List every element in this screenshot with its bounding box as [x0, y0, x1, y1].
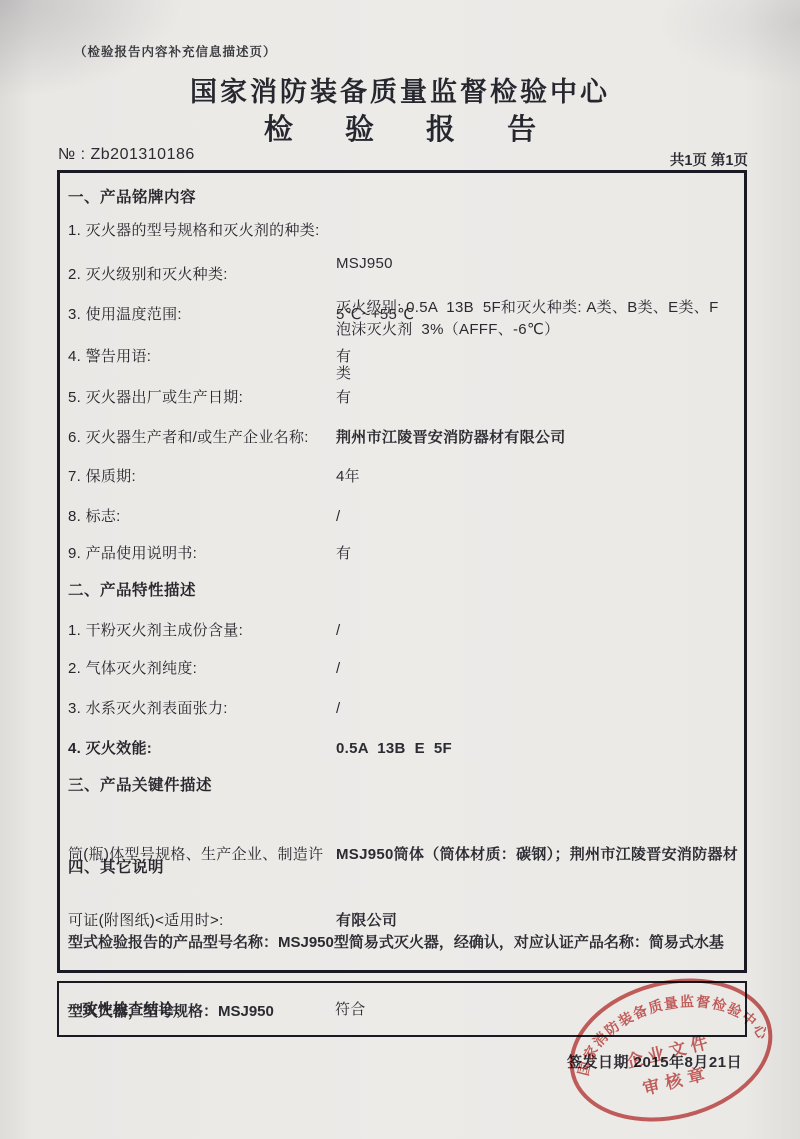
value-line: MSJ950筒体（筒体材质：碳钢）；荆州市江陵晋安消防器材 [336, 844, 744, 866]
field-value: 5℃~+55℃ [336, 304, 744, 326]
field-value: / [336, 698, 744, 720]
section-3-heading: 三、产品关键件描述 [68, 773, 212, 795]
report-number: № : Zb201310186 [58, 146, 195, 164]
center-name-title: 国家消防装备质量监督检验中心 [0, 70, 800, 109]
field-value: / [336, 620, 744, 642]
page-count-info: 共1页 第1页 [670, 149, 748, 170]
section-4-heading: 四、其它说明 [68, 855, 164, 877]
field-label: 9. 产品使用说明书: [68, 543, 197, 565]
field-label: 3. 水系灭火剂表面张力: [68, 698, 228, 720]
field-label: 3. 使用温度范围: [68, 304, 182, 326]
issue-date: 签发日期 2015年8月21日 [567, 1051, 742, 1072]
section-2-heading: 二、产品特性描述 [68, 578, 196, 600]
field-label: 6. 灭火器生产者和/或生产企业名称: [68, 427, 309, 449]
field-label: 4. 警告用语: [68, 346, 151, 368]
field-label: 2. 灭火级别和灭火种类: [68, 264, 228, 286]
conclusion-label: 一致性检查结论: [67, 999, 179, 1021]
field-label: 4. 灭火效能: [68, 738, 152, 760]
conclusion-value: 符合 [335, 999, 743, 1021]
field-value: 荆州市江陵晋安消防器材有限公司 [336, 427, 744, 449]
field-label: 2. 气体灭火剂纯度: [68, 658, 197, 680]
paragraph-line: 型式检验报告的产品型号名称：MSJ950型简易式灭火器，经确认，对应认证产品名称… [68, 931, 740, 954]
section-1-heading: 一、产品铭牌内容 [68, 185, 196, 207]
field-value: / [336, 506, 744, 528]
field-value: 4年 [336, 466, 744, 488]
field-label: 1. 干粉灭火剂主成份含量: [68, 620, 243, 642]
field-value: 有 [336, 346, 744, 368]
field-label: 7. 保质期: [68, 466, 136, 488]
supplement-note: （检验报告内容补充信息描述页） [74, 42, 277, 60]
report-main-box: 一、产品铭牌内容 1. 灭火器的型号规格和灭火剂的种类: MSJ950 泡沫灭火… [57, 170, 747, 973]
field-value: / [336, 658, 744, 680]
field-label: 1. 灭火器的型号规格和灭火剂的种类: [68, 220, 320, 242]
other-notes-paragraph: 型式检验报告的产品型号名称：MSJ950型简易式灭火器，经确认，对应认证产品名称… [68, 885, 740, 1069]
field-label: 8. 标志: [68, 506, 121, 528]
report-title: 检 验 报 告 [0, 107, 800, 148]
field-value: 0.5A 13B E 5F [336, 738, 744, 760]
scanned-report-page: （检验报告内容补充信息描述页） 国家消防装备质量监督检验中心 检 验 报 告 №… [0, 0, 800, 1139]
field-value: 有 [336, 387, 744, 409]
conclusion-box: 一致性检查结论: 符合 [57, 981, 747, 1037]
field-label: 5. 灭火器出厂或生产日期: [68, 387, 243, 409]
field-value: 有 [336, 543, 744, 565]
